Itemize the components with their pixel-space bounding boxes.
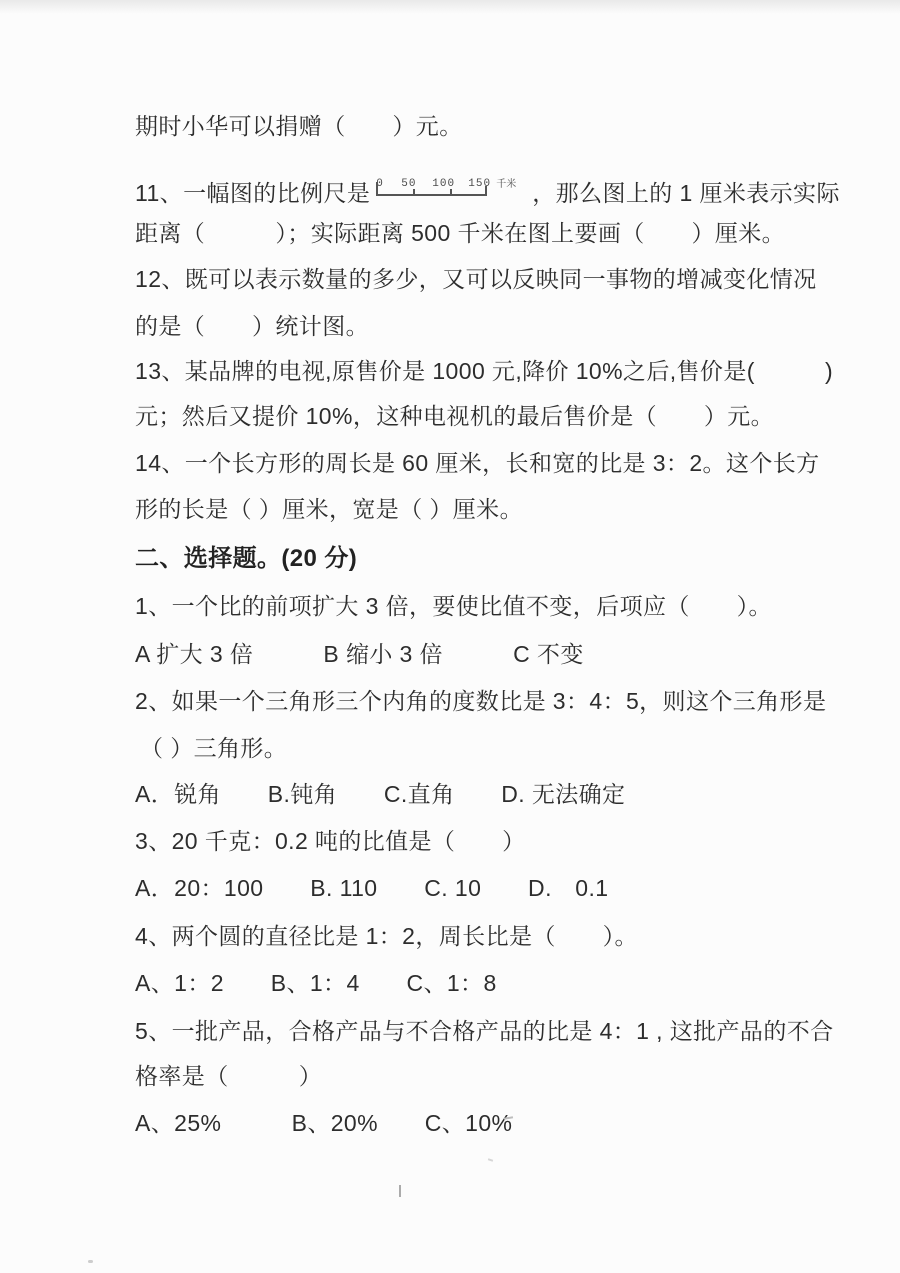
- scale-ruler: 0 50 100 150 千米: [374, 169, 526, 201]
- s2-q1-stem-text: 1、一个比的前项扩大 3 倍，要使比值不变，后项应（ ）。: [135, 593, 772, 619]
- scan-artifact: [88, 1260, 93, 1263]
- s2-q2-stem-line-1: 2、如果一个三角形三个内角的度数比是 3：4：5，则这个三角形是: [135, 686, 840, 716]
- q14-line2-text: 形的长是（ ）厘米，宽是（ ）厘米。: [135, 496, 523, 522]
- q12-line2-text: 的是（ ）统计图。: [135, 313, 369, 339]
- exam-page: 期时小华可以捐赠（ ）元。 11、一幅图的比例尺是 0 50 100 150 千…: [0, 0, 900, 1273]
- s2-q2-stem2-text: （ ）三角形。: [140, 735, 287, 761]
- s2-q1-options-text: A 扩大 3 倍 B 缩小 3 倍 C 不变: [135, 641, 584, 667]
- s2-q1-options: A 扩大 3 倍 B 缩小 3 倍 C 不变: [135, 639, 840, 669]
- s2-q2-stem-line-2: （ ）三角形。: [135, 733, 840, 763]
- q14-line1-text: 14、一个长方形的周长是 60 厘米，长和宽的比是 3：2。这个长方: [135, 450, 820, 476]
- ruler-unit-label: 千米: [496, 171, 516, 201]
- scan-artifact: [399, 1185, 401, 1197]
- s2-q5-options-text: A、25% B、20% C、10%: [135, 1110, 512, 1136]
- s2-q2-options: A．锐角 B.钝角 C.直角 D. 无法确定: [135, 779, 840, 809]
- q14-line-1: 14、一个长方形的周长是 60 厘米，长和宽的比是 3：2。这个长方: [135, 448, 840, 478]
- ruler-tick: [485, 186, 487, 196]
- s2-q5-stem-line-2: 格率是（ ）: [135, 1061, 840, 1091]
- s2-q4-options-text: A、1：2 B、1：4 C、1：8: [135, 970, 497, 996]
- q13-line2-text: 元；然后又提价 10%，这种电视机的最后售价是（ ）元。: [135, 403, 774, 429]
- s2-q5-stem-line-1: 5、一批产品，合格产品与不合格产品的比是 4：1 , 这批产品的不合: [135, 1016, 840, 1046]
- q14-line-2: 形的长是（ ）厘米，宽是（ ）厘米。: [135, 494, 840, 524]
- ruler-tick: [413, 189, 415, 196]
- scan-artifact: [488, 1158, 493, 1161]
- s2-q4-options: A、1：2 B、1：4 C、1：8: [135, 968, 840, 998]
- q12-line1-text: 12、既可以表示数量的多少，又可以反映同一事物的增减变化情况: [135, 266, 817, 292]
- q11-line-2: 距离（ ）；实际距离 500 千米在图上要画（ ）厘米。: [135, 218, 840, 248]
- q13-line-1: 13、某品牌的电视,原售价是 1000 元,降价 10%之后,售价是( ): [135, 356, 840, 386]
- s2-q5-stem1-text: 5、一批产品，合格产品与不合格产品的比是 4：1 , 这批产品的不合: [135, 1018, 834, 1044]
- s2-q3-stem-text: 3、20 千克：0.2 吨的比值是（ ）: [135, 828, 526, 854]
- q12-line-1: 12、既可以表示数量的多少，又可以反映同一事物的增减变化情况: [135, 264, 840, 294]
- q12-line-2: 的是（ ）统计图。: [135, 311, 840, 341]
- s2-q3-stem: 3、20 千克：0.2 吨的比值是（ ）: [135, 826, 840, 856]
- s2-q5-options: A、25% B、20% C、10%: [135, 1108, 840, 1138]
- s2-q2-options-text: A．锐角 B.钝角 C.直角 D. 无法确定: [135, 781, 625, 807]
- s2-q2-stem1-text: 2、如果一个三角形三个内角的度数比是 3：4：5，则这个三角形是: [135, 688, 826, 714]
- ruler-tick: [376, 182, 378, 196]
- s2-q5-stem2-text: 格率是（ ）: [135, 1063, 322, 1089]
- q10-continuation-line: 期时小华可以捐赠（ ）元。: [135, 111, 840, 141]
- ruler-baseline: [376, 194, 487, 196]
- q11-prefix-text: 11、一幅图的比例尺是: [135, 180, 370, 206]
- ruler-tick: [450, 189, 452, 196]
- q10-text: 期时小华可以捐赠（ ）元。: [135, 113, 463, 139]
- q11-line-1: 11、一幅图的比例尺是 0 50 100 150 千米 ，那么图上的 1 厘米表…: [135, 169, 840, 208]
- s2-q4-stem-text: 4、两个圆的直径比是 1：2，周长比是（ ）。: [135, 923, 638, 949]
- q13-line1-text: 13、某品牌的电视,原售价是 1000 元,降价 10%之后,售价是( ): [135, 358, 833, 384]
- q11-suffix-text: ，那么图上的 1 厘米表示实际: [532, 180, 840, 206]
- s2-q1-stem: 1、一个比的前项扩大 3 倍，要使比值不变，后项应（ ）。: [135, 591, 840, 621]
- s2-q4-stem: 4、两个圆的直径比是 1：2，周长比是（ ）。: [135, 921, 840, 951]
- s2-q3-options-text: A．20：100 B. 110 C. 10 D. 0.1: [135, 875, 608, 901]
- q13-line-2: 元；然后又提价 10%，这种电视机的最后售价是（ ）元。: [135, 401, 840, 431]
- s2-q3-options: A．20：100 B. 110 C. 10 D. 0.1: [135, 873, 840, 903]
- q11-line2-text: 距离（ ）；实际距离 500 千米在图上要画（ ）厘米。: [135, 220, 785, 246]
- section-2-heading: 二、选择题。(20 分): [135, 544, 840, 574]
- section-2-heading-text: 二、选择题。(20 分): [135, 545, 357, 572]
